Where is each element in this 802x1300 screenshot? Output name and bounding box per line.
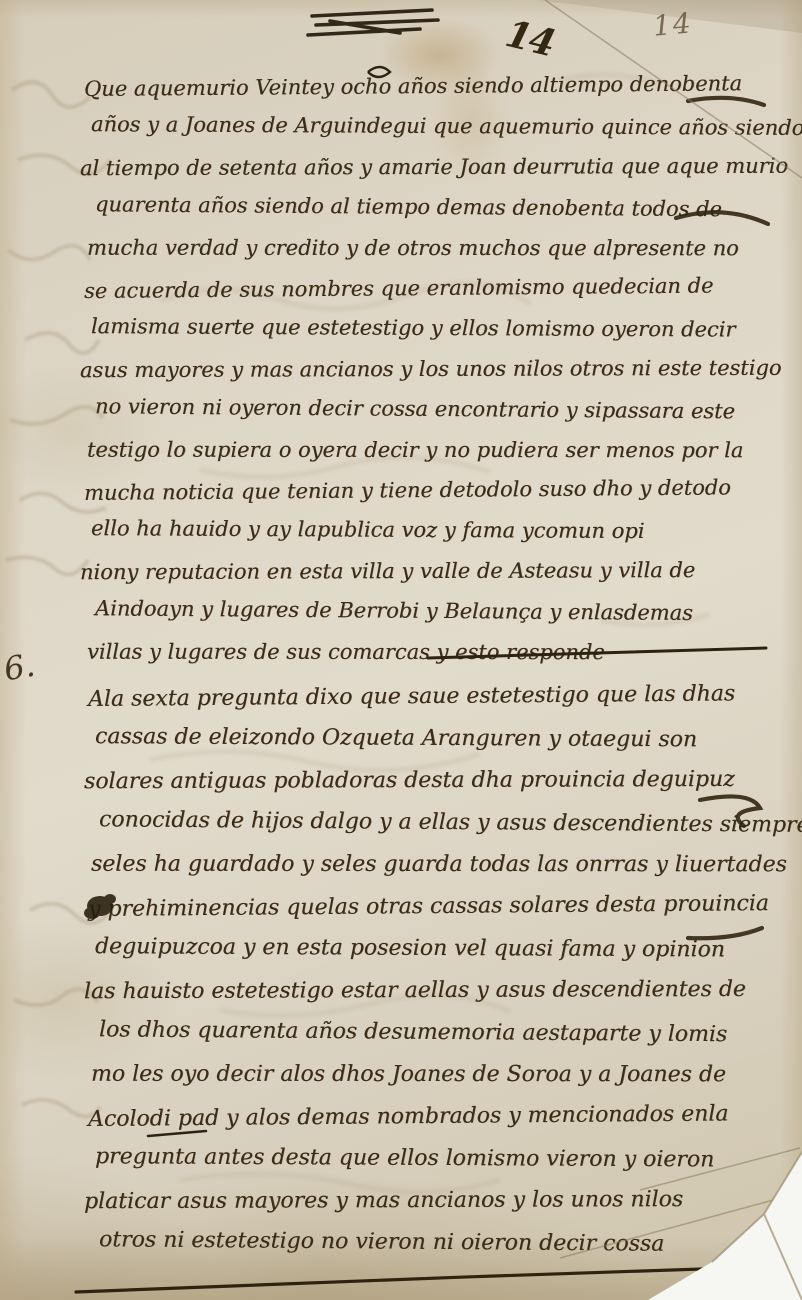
- strike-scribble-icon: [308, 10, 438, 35]
- manuscript-page: 14 14 6. Que aquemurio Veintey ocho años…: [0, 0, 802, 1300]
- word-strikethrough: [148, 1131, 206, 1136]
- ink-marks: [0, 0, 802, 1300]
- ink-blot: [84, 894, 116, 919]
